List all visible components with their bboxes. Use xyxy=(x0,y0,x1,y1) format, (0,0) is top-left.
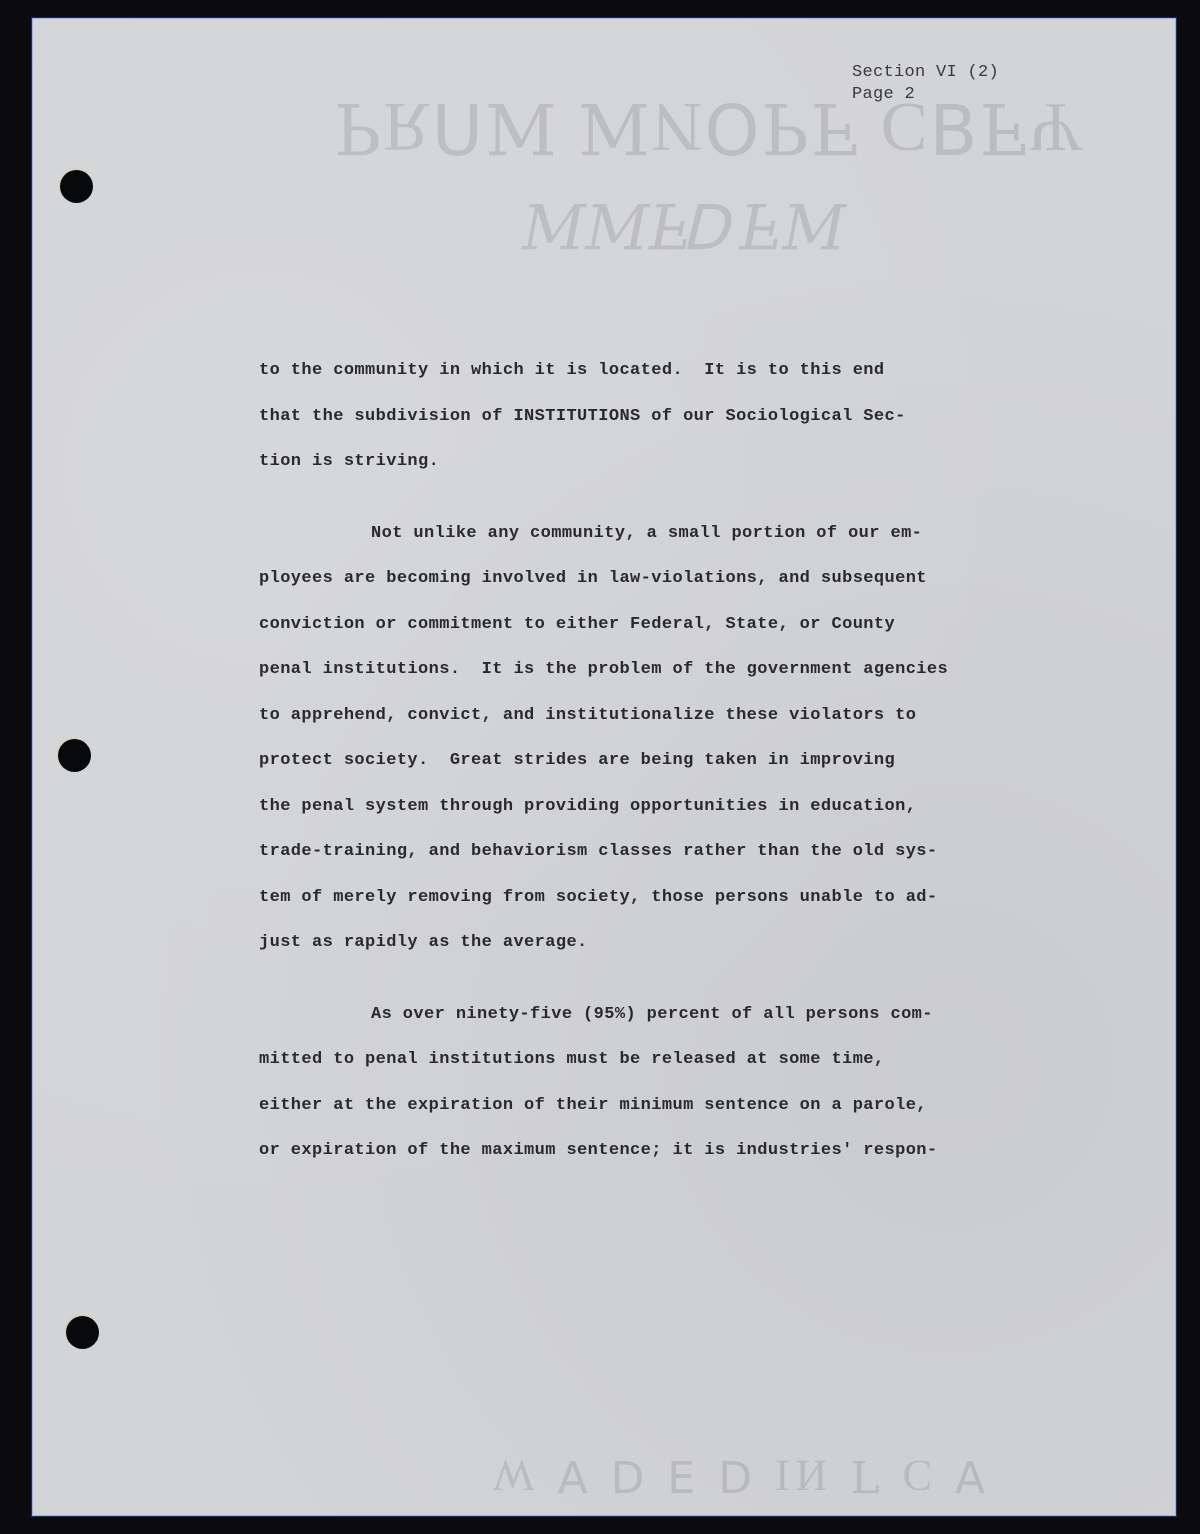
text-line: the penal system through providing oppor… xyxy=(259,796,1019,842)
page-number: Page 2 xyxy=(852,84,999,106)
text-line: penal institutions. It is the problem of… xyxy=(259,659,1019,705)
text-line: that the subdivision of INSTITUTIONS of … xyxy=(259,406,1019,452)
text-line: either at the expiration of their minimu… xyxy=(259,1095,1019,1141)
text-line: ployees are becoming involved in law-vio… xyxy=(259,568,1019,614)
text-line: protect society. Great strides are being… xyxy=(259,750,1019,796)
document-body: to the community in which it is located.… xyxy=(259,360,1019,1186)
bleed-through-text: ꓯ Ͻ Ꞁ ИI ꓷ ꓱ ꓷ ꓯ W xyxy=(487,1450,985,1501)
punch-hole-top xyxy=(60,170,93,203)
text-line: conviction or commitment to either Feder… xyxy=(259,614,1019,660)
text-line: tem of merely removing from society, tho… xyxy=(259,887,1019,933)
paragraph-1: to the community in which it is located.… xyxy=(259,360,1019,497)
text-line: or expiration of the maximum sentence; i… xyxy=(259,1140,1019,1186)
punch-hole-bottom xyxy=(66,1316,99,1349)
text-line: just as rapidly as the average. xyxy=(259,932,1019,978)
page-header: Section VI (2) Page 2 xyxy=(852,62,999,106)
section-label: Section VI (2) xyxy=(852,62,999,84)
text-line: As over ninety-five (95%) percent of all… xyxy=(259,1004,1019,1050)
text-line: to the community in which it is located.… xyxy=(259,360,1019,406)
text-line: tion is striving. xyxy=(259,451,1019,497)
text-line: trade-training, and behaviorism classes … xyxy=(259,841,1019,887)
text-line: mitted to penal institutions must be rel… xyxy=(259,1049,1019,1095)
text-line: Not unlike any community, a small portio… xyxy=(259,523,1019,569)
document-page: ѰꟻꓭϽ ꟻꟼꓳNꟽ ꟽꓵЯꟼ ꟽꟻꓷꟻꟽꟽ ꓯ Ͻ Ꞁ ИI ꓷ ꓱ ꓷ ꓯ … xyxy=(31,17,1177,1517)
bleed-through-text: ꟽꟻꓷꟻꟽꟽ xyxy=(522,188,846,262)
paragraph-2: Not unlike any community, a small portio… xyxy=(259,523,1019,978)
paragraph-3: As over ninety-five (95%) percent of all… xyxy=(259,1004,1019,1186)
text-line: to apprehend, convict, and institutional… xyxy=(259,705,1019,751)
punch-hole-middle xyxy=(58,739,91,772)
